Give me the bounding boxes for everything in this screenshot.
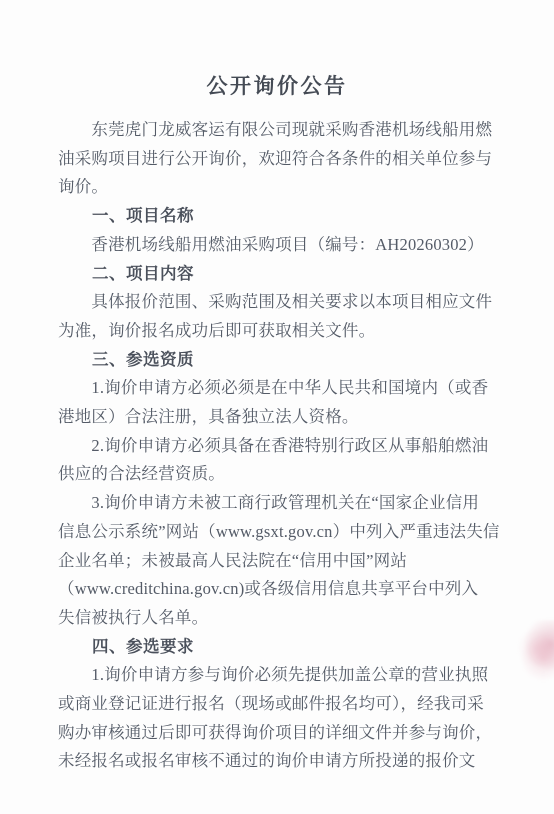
document-page: 公开询价公告 东莞虎门龙威客运有限公司现就采购香港机场线船用燃油采购项目进行公开… <box>0 0 554 814</box>
section-3-item-2: 供应的合法经营资质。 <box>58 460 494 489</box>
section-4-item-1: 购办审核通过后即可获得询价项目的详细文件并参与询价， <box>58 719 494 748</box>
section-4-item-1: 1.询价申请方参与询价必须先提供加盖公章的营业执照 <box>58 661 494 690</box>
section-2-body: 为准，询价报名成功后即可获取相关文件。 <box>58 317 494 346</box>
section-4-item-1: 未经报名或报名审核不通过的询价申请方所投递的报价文 <box>58 747 494 776</box>
intro-paragraph: 油采购项目进行公开询价，欢迎符合各条件的相关单位参与 <box>58 145 494 174</box>
section-1-heading: 一、项目名称 <box>58 202 494 231</box>
section-4-item-1: 或商业登记证进行报名（现场或邮件报名均可），经我司采 <box>58 690 494 719</box>
section-4-heading: 四、参选要求 <box>58 633 494 662</box>
section-3-item-3: 信息公示系统”网站（www.gsxt.gov.cn）中列入严重违法失信 <box>58 518 494 547</box>
intro-paragraph: 询价。 <box>58 173 494 202</box>
section-1-body: 香港机场线船用燃油采购项目（编号：AH20260302） <box>58 231 494 260</box>
section-3-item-3: 失信被执行人名单。 <box>58 604 494 633</box>
section-2-heading: 二、项目内容 <box>58 260 494 289</box>
section-3-item-2: 2.询价申请方必须具备在香港特别行政区从事船舶燃油 <box>58 432 494 461</box>
document-body: 东莞虎门龙威客运有限公司现就采购香港机场线船用燃油采购项目进行公开询价，欢迎符合… <box>0 116 554 776</box>
section-3-item-1: 1.询价申请方必须必须是在中华人民共和国境内（或香 <box>58 374 494 403</box>
section-3-item-3: （www.creditchina.gov.cn)或各级信用信息共享平台中列入 <box>58 575 494 604</box>
section-2-body: 具体报价范围、采购范围及相关要求以本项目相应文件 <box>58 288 494 317</box>
intro-paragraph: 东莞虎门龙威客运有限公司现就采购香港机场线船用燃 <box>58 116 494 145</box>
page-title: 公开询价公告 <box>0 0 554 99</box>
section-3-item-3: 企业名单；未被最高人民法院在“信用中国”网站 <box>58 547 494 576</box>
section-3-heading: 三、参选资质 <box>58 346 494 375</box>
section-3-item-1: 港地区）合法注册，具备独立法人资格。 <box>58 403 494 432</box>
section-3-item-3: 3.询价申请方未被工商行政管理机关在“国家企业信用 <box>58 489 494 518</box>
